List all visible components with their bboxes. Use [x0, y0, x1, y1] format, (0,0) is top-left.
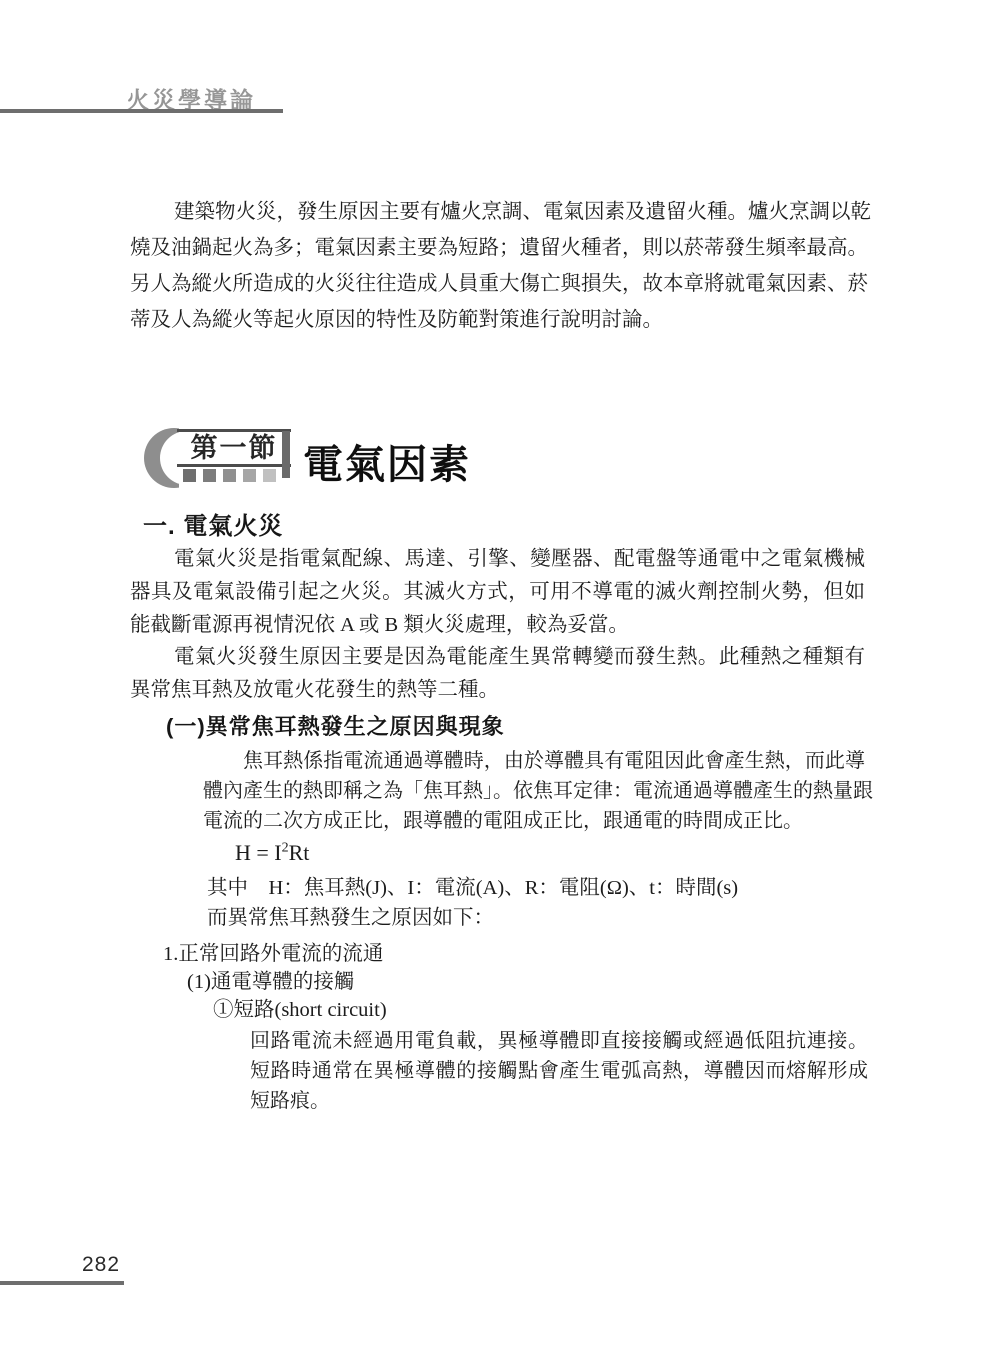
intro-paragraph: 建築物火災，發生原因主要有爐火烹調、電氣因素及遺留火種。爐火烹調以乾 燒及油鍋起… — [130, 194, 865, 338]
heading-electrical-fire: 一. 電氣火災 — [143, 506, 283, 541]
text-line: 建築物火災，發生原因主要有爐火烹調、電氣因素及遺留火種。爐火烹調以乾 — [130, 194, 865, 230]
text-line: 短路時通常在異極導體的接觸點會產生電弧高熱，導體因而熔解形成 — [250, 1056, 868, 1086]
text-line: 短路痕。 — [250, 1086, 868, 1116]
section-title: 電氣因素 — [303, 433, 471, 490]
formula-variable-definitions: 其中 H：焦耳熱(J)、I：電流(A)、R：電阻(Ω)、t：時間(s) — [207, 870, 738, 900]
text-line: 焦耳熱係指電流通過導體時，由於導體具有電阻因此會產生熱，而此導 — [203, 746, 865, 776]
page-number: 282 — [82, 1253, 120, 1277]
heading-abnormal-joule-heat: (一)異常焦耳熱發生之原因與現象 — [166, 710, 505, 741]
crescent-icon — [143, 427, 179, 489]
badge-vertical-bar — [282, 431, 290, 478]
badge-square — [243, 469, 256, 482]
badge-square — [263, 469, 276, 482]
formula-prefix: H = I — [235, 840, 282, 865]
text-line: 電流的二次方成正比，跟導體的電阻成正比，跟通電的時間成正比。 — [203, 806, 865, 836]
electrical-fire-paragraph-1: 電氣火災是指電氣配線、馬達、引擎、變壓器、配電盤等通電中之電氣機械 器具及電氣設… — [130, 543, 865, 642]
text-line: 體內產生的熱即稱之為「焦耳熱」。依焦耳定律：電流通過導體產生的熱量跟 — [203, 776, 865, 806]
text-line: 異常焦耳熱及放電火花發生的熱等二種。 — [130, 674, 865, 707]
section-banner: 第一節 電氣因素 — [141, 418, 701, 500]
formula-superscript: 2 — [282, 841, 289, 856]
badge-square — [183, 469, 196, 482]
header-rule — [0, 109, 283, 113]
text-line: 燒及油鍋起火為多；電氣因素主要為短路；遺留火種者，則以菸蒂發生頻率最高。 — [130, 230, 865, 266]
causes-intro-line: 而異常焦耳熱發生之原因如下： — [207, 900, 494, 930]
list-item-1-normal-circuit: 1.正常回路外電流的流通 — [163, 936, 383, 966]
list-item-circled-1-short-circuit: ①短路(short circuit) — [213, 992, 387, 1022]
text-line: 器具及電氣設備引起之火災。其滅火方式，可用不導電的滅火劑控制火勢，但如 — [130, 576, 865, 609]
text-line: 電氣火災是指電氣配線、馬達、引擎、變壓器、配電盤等通電中之電氣機械 — [130, 543, 865, 576]
section-badge-label: 第一節 — [177, 432, 291, 467]
short-circuit-paragraph: 回路電流未經過用電負載，異極導體即直接接觸或經過低阻抗連接。 短路時通常在異極導… — [250, 1026, 868, 1116]
formula-suffix: Rt — [289, 840, 310, 865]
text-line: 回路電流未經過用電負載，異極導體即直接接觸或經過低阻抗連接。 — [250, 1026, 868, 1056]
list-item-1-1-conductor-contact: (1)通電導體的接觸 — [187, 964, 354, 994]
text-line: 另人為縱火所造成的火災往往造成人員重大傷亡與損失，故本章將就電氣因素、菸 — [130, 266, 865, 302]
badge-square — [223, 469, 236, 482]
section-badge: 第一節 — [177, 429, 291, 482]
badge-square — [203, 469, 216, 482]
joule-law-formula: H = I2Rt — [235, 840, 309, 866]
text-line: 電氣火災發生原因主要是因為電能產生異常轉變而發生熱。此種熱之種類有 — [130, 641, 865, 674]
badge-squares — [177, 469, 291, 482]
joule-heat-paragraph: 焦耳熱係指電流通過導體時，由於導體具有電阻因此會產生熱，而此導 體內產生的熱即稱… — [203, 746, 865, 836]
electrical-fire-paragraph-2: 電氣火災發生原因主要是因為電能產生異常轉變而發生熱。此種熱之種類有 異常焦耳熱及… — [130, 641, 865, 707]
footer-rule — [0, 1281, 124, 1285]
text-line: 蒂及人為縱火等起火原因的特性及防範對策進行說明討論。 — [130, 302, 865, 338]
text-line: 能截斷電源再視情況依 A 或 B 類火災處理，較為妥當。 — [130, 609, 865, 642]
